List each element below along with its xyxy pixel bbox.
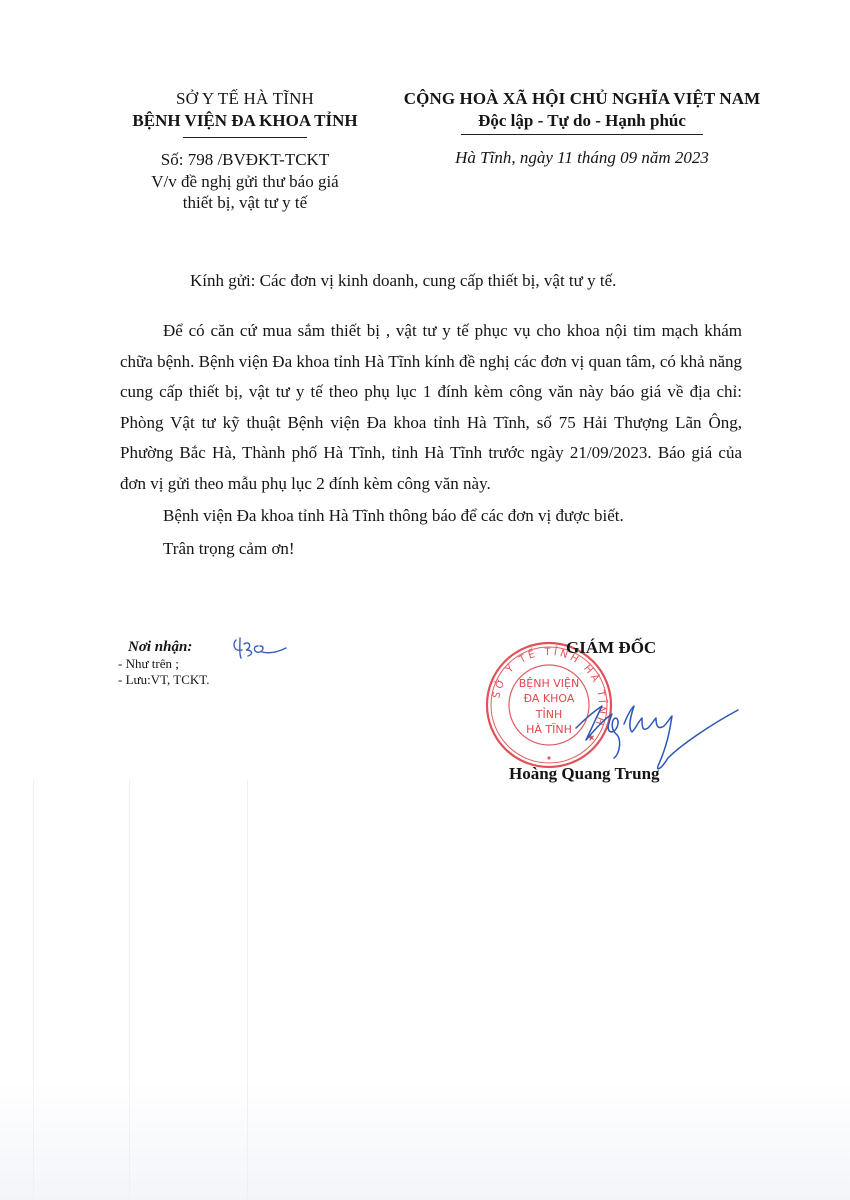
scan-artifact <box>33 780 34 1200</box>
document-subject: V/v đề nghị gửi thư báo giá thiết bị, vậ… <box>135 171 355 213</box>
divider <box>461 134 703 135</box>
scan-artifact <box>247 780 248 1200</box>
body-paragraph: Để có căn cứ mua sắm thiết bị , vật tư y… <box>120 316 742 499</box>
scan-artifact <box>129 780 130 1200</box>
document-page: SỞ Y TẾ HÀ TĨNH BỆNH VIỆN ĐA KHOA TỈNH S… <box>0 0 850 1200</box>
document-number: Số: 798 /BVĐKT-TCKT <box>105 149 385 171</box>
svg-text:BỆNH VIỆN: BỆNH VIỆN <box>519 677 579 690</box>
body-paragraph: Trân trọng cảm ơn! <box>120 534 742 565</box>
issuing-authority-block: SỞ Y TẾ HÀ TĨNH BỆNH VIỆN ĐA KHOA TỈNH S… <box>105 88 385 213</box>
svg-text:TỈNH: TỈNH <box>535 707 562 721</box>
svg-text:HÀ TĨNH: HÀ TĨNH <box>526 723 572 736</box>
receiver-item: - Lưu:VT, TCKT. <box>118 672 378 688</box>
receivers-title-text: Nơi nhận: <box>128 639 192 655</box>
organization-name: BỆNH VIỆN ĐA KHOA TỈNH <box>105 110 385 132</box>
signer-position: GIÁM ĐỐC <box>566 638 656 658</box>
national-motto: Độc lập - Tự do - Hạnh phúc <box>382 110 782 132</box>
letter-body: Để có căn cứ mua sắm thiết bị , vật tư y… <box>120 316 742 564</box>
signature-block: GIÁM ĐỐC SỞ Y TẾ TỈNH HÀ TĨNH ★ BỆNH VIỆ… <box>482 628 752 798</box>
agency-name: SỞ Y TẾ HÀ TĨNH <box>105 88 385 110</box>
recipient-line: Kính gửi: Các đơn vị kinh doanh, cung cấ… <box>190 270 750 292</box>
receivers-block: Nơi nhận: - Như trên ; - Lưu:VT, TCKT. <box>118 638 378 688</box>
nation-title: CỘNG HOÀ XÃ HỘI CHỦ NGHĨA VIỆT NAM <box>382 88 782 110</box>
national-title-block: CỘNG HOÀ XÃ HỘI CHỦ NGHĨA VIỆT NAM Độc l… <box>382 88 782 169</box>
body-paragraph: Bệnh viện Đa khoa tỉnh Hà Tĩnh thông báo… <box>120 501 742 532</box>
signer-name: Hoàng Quang Trung <box>509 764 660 784</box>
divider <box>183 137 307 138</box>
svg-text:ĐA KHOA: ĐA KHOA <box>524 692 575 705</box>
initial-mark-icon <box>230 634 290 662</box>
place-date: Hà Tĩnh, ngày 11 tháng 09 năm 2023 <box>382 147 782 169</box>
receivers-title: Nơi nhận: <box>128 638 192 656</box>
